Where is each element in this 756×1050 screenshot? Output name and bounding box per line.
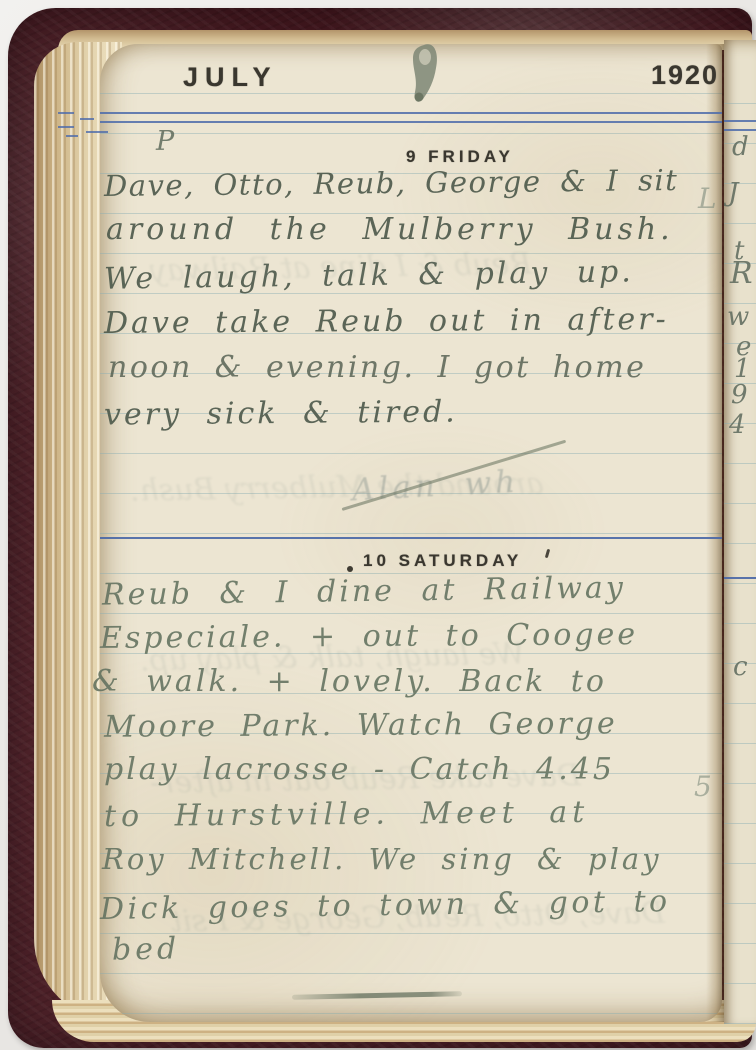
year-label: 1920: [651, 60, 719, 91]
edge-rule-dash: [58, 112, 74, 114]
bleed-through-ghost: We laugh, talk & play up.: [140, 637, 525, 679]
diary-photo: d J t R w e 1 9 4 c JULY 1920 9 FRIDAY P…: [0, 0, 756, 1050]
friday-line: Dave, Otto, Reub, George & I sit: [104, 163, 679, 203]
bleed-through-ghost: Reub & I dine at Railway: [150, 247, 532, 289]
friday-line: very sick & tired.: [104, 394, 458, 432]
friday-line: noon & evening. I got home: [108, 350, 646, 385]
friday-line: around the Mulberry Bush.: [106, 212, 674, 247]
edge-rule-dash: [86, 131, 108, 133]
section-divider-rule-sliver: [724, 577, 756, 579]
saturday-line: Roy Mitchell. We sing & play: [102, 842, 662, 876]
saturday-line: Reub & I dine at Railway: [102, 570, 626, 612]
month-label: JULY: [183, 62, 278, 93]
ink-blot: [402, 40, 446, 110]
saturday-line: to Hurstville. Meet at: [104, 795, 590, 834]
header-rule-double: [100, 112, 722, 124]
edge-rule-dash: [66, 135, 78, 137]
friday-line: Dave take Reub out in after-: [104, 302, 669, 341]
saturday-line: Moore Park. Watch George: [104, 706, 618, 745]
header-rule-double-sliver: [724, 120, 756, 132]
handwriting-fragment: d: [732, 132, 749, 162]
handwriting-fragment: c: [733, 652, 748, 682]
handwriting-fragment: L: [698, 182, 717, 215]
adjacent-page-sliver: d J t R w e 1 9 4 c: [724, 40, 756, 1024]
edge-rule-dash: [58, 126, 74, 128]
ink-mark-p: P: [156, 126, 174, 157]
handwriting-fragment: 5: [694, 770, 712, 803]
handwriting-fragment: 4: [729, 410, 746, 440]
edge-rule-dash: [80, 118, 94, 120]
handwriting-fragment: J: [728, 178, 738, 208]
saturday-heading: 10 SATURDAY: [363, 551, 522, 571]
bleed-through-ghost: around the Mulberry Bush.: [130, 466, 544, 508]
ink-dot: [347, 566, 353, 572]
handwriting-fragment: 9: [731, 380, 748, 410]
section-divider-rule: [100, 537, 722, 539]
handwriting-fragment: w: [727, 302, 749, 332]
handwriting-fragment: R: [730, 256, 753, 291]
